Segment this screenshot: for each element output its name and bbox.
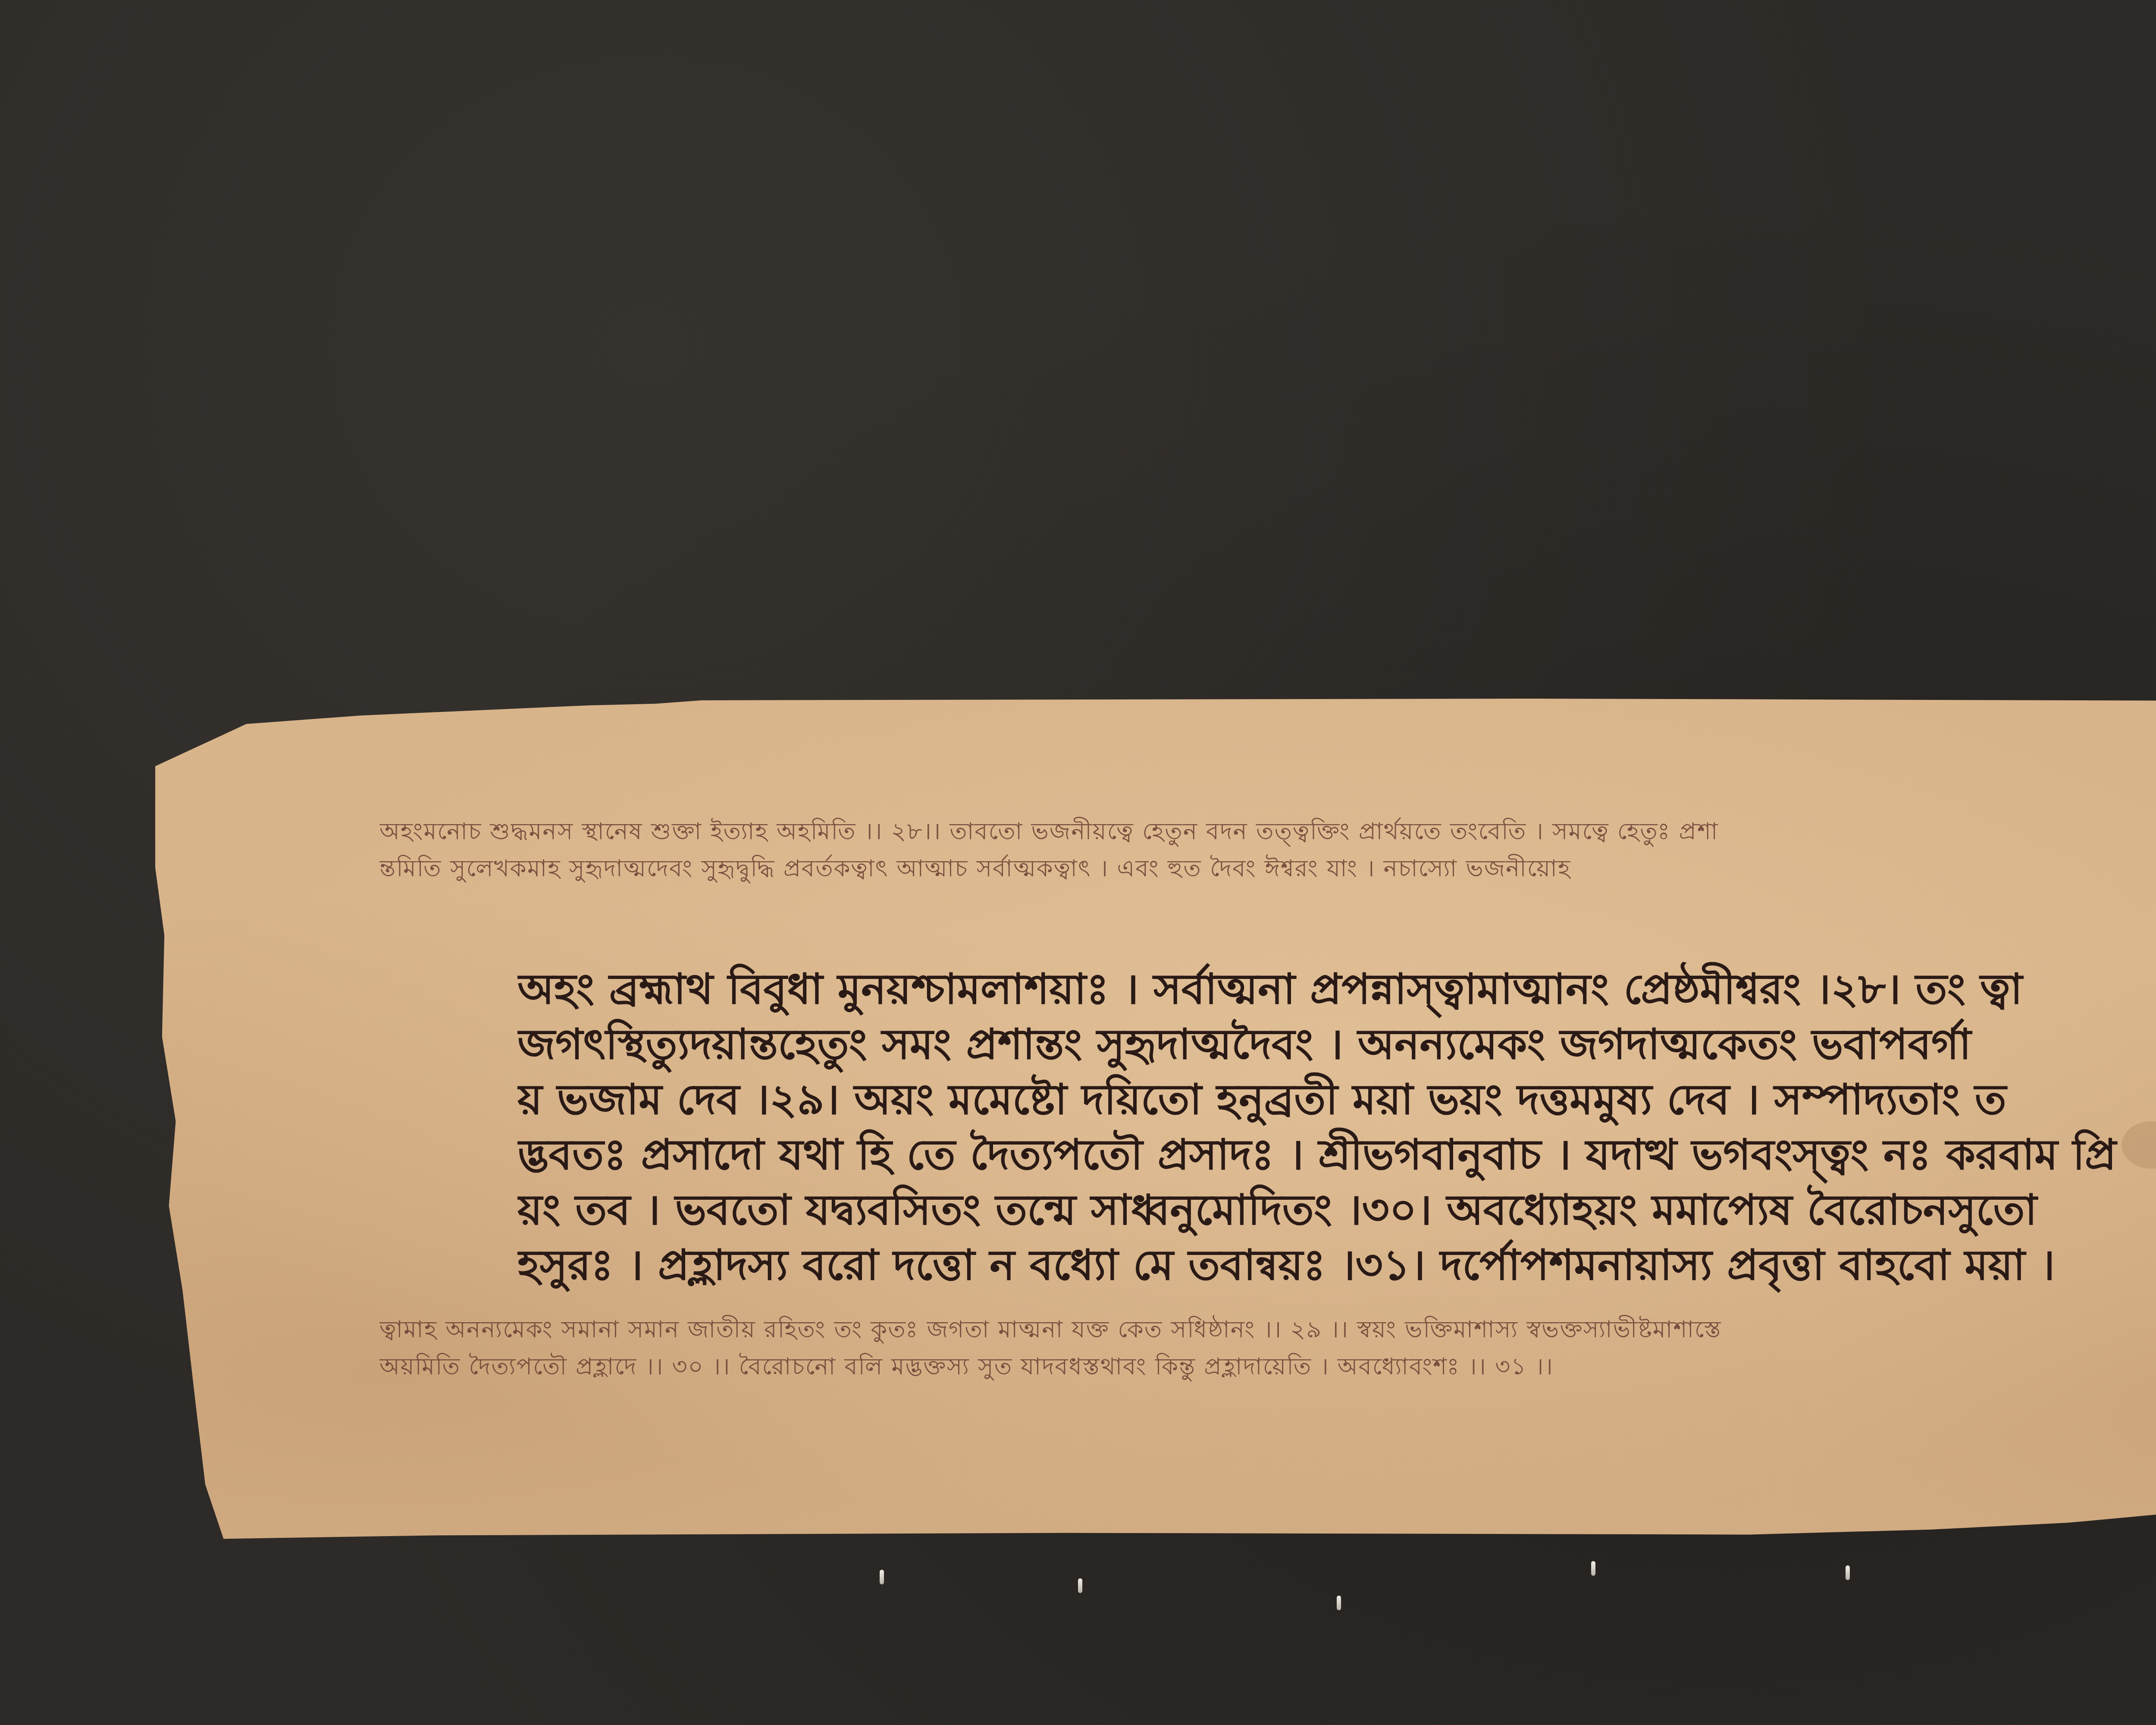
verse-line: দ্ভবতঃ প্রসাদো যথা হি তে দৈত্যপতৌ প্রসাদ… <box>517 1127 2122 1182</box>
commentary-line: ন্তমিতি সুলেখকমাহ সুহৃদাত্মদেবং সুহৃদ্বু… <box>379 850 2156 887</box>
mounting-pin-icon <box>880 1570 884 1584</box>
commentary-bottom: ত্বামাহ অনন্যমেকং সমানা সমান জাতীয় রহিত… <box>379 1311 2156 1385</box>
verse-line: য়ং তব । ভবতো যদ্ব্যবসিতং তন্মে সাধ্বনুম… <box>517 1182 2122 1238</box>
verse-line: অহং ব্রহ্মাথ বিবুধা মুনয়শ্চামলাশয়াঃ । … <box>517 962 2122 1017</box>
mounting-pin-icon <box>1078 1578 1082 1593</box>
commentary-line: অহংমনোচ শুদ্ধমনস স্থানেষ শুক্তা ইত্যাহ অ… <box>379 813 2156 850</box>
verse-line: য় ভজাম দেব ।২৯। অয়ং মমেষ্টো দয়িতো হনু… <box>517 1072 2122 1127</box>
commentary-line: অয়মিতি দৈত্যপতৌ প্রহ্লাদে ।। ৩০ ।। বৈরো… <box>379 1348 2156 1385</box>
verse-line: হসুরঃ । প্রহ্লাদস্য বরো দত্তো ন বধ্যো মে… <box>517 1238 2122 1293</box>
verse-line: জগৎস্থিত্যুদয়ান্তহেতুং সমং প্রশান্তং সু… <box>517 1017 2122 1072</box>
commentary-line: ত্বামাহ অনন্যমেকং সমানা সমান জাতীয় রহিত… <box>379 1311 2156 1348</box>
manuscript-folio: অহংমনোচ শুদ্ধমনস স্থানেষ শুক্তা ইত্যাহ অ… <box>155 699 2156 1544</box>
mounting-pin-icon <box>1591 1561 1595 1576</box>
mounting-pin-icon <box>1846 1565 1850 1580</box>
mounting-pin-icon <box>1337 1596 1341 1610</box>
commentary-top: অহংমনোচ শুদ্ধমনস স্থানেষ শুক্তা ইত্যাহ অ… <box>379 813 2156 887</box>
main-verse-block: অহং ব্রহ্মাথ বিবুধা মুনয়শ্চামলাশয়াঃ । … <box>517 962 2122 1293</box>
